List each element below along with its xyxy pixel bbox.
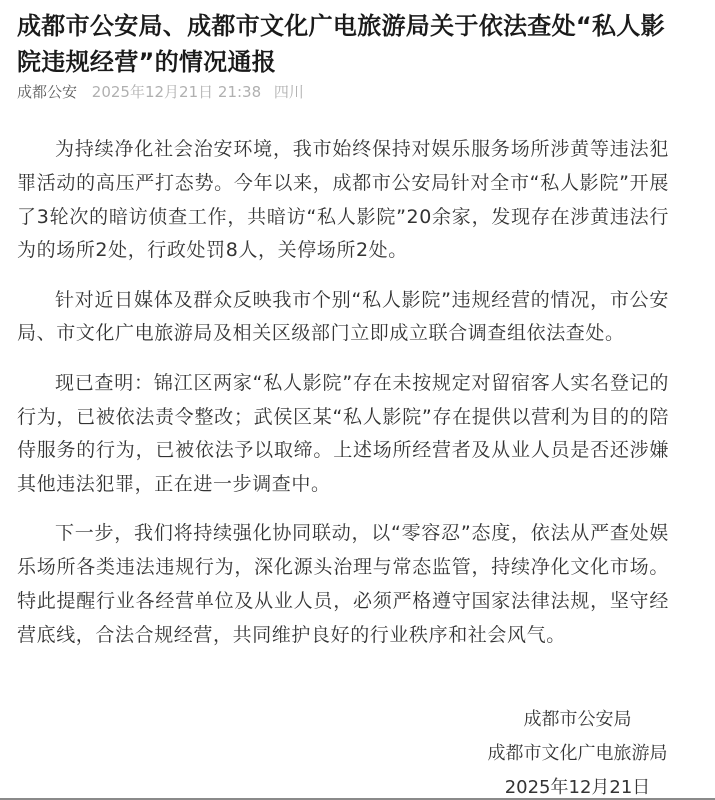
article-meta: 成都公安 2025年12月21日 21:38 四川 bbox=[17, 82, 304, 102]
article-body: 为持续净化社会治安环境，我市始终保持对娱乐服务场所涉黄等违法犯罪活动的高压严打态… bbox=[17, 133, 669, 668]
article-title: 成都市公安局、成都市文化广电旅游局关于依法查处“私人影院违规经营”的情况通报 bbox=[17, 8, 667, 80]
signature-org-police: 成都市公安局 bbox=[470, 703, 685, 737]
signature-date: 2025年12月21日 bbox=[470, 771, 685, 800]
paragraph-4: 下一步，我们将持续强化协同联动，以“零容忍”态度，依法从严查处娱乐场所各类违法违… bbox=[17, 517, 669, 652]
source-account-link[interactable]: 成都公安 bbox=[17, 83, 77, 101]
paragraph-2: 针对近日媒体及群众反映我市个别“私人影院”违规经营的情况，市公安局、市文化广电旅… bbox=[17, 284, 669, 352]
article: 成都市公安局、成都市文化广电旅游局关于依法查处“私人影院违规经营”的情况通报 成… bbox=[0, 0, 715, 800]
publish-datetime: 2025年12月21日 21:38 bbox=[92, 83, 261, 101]
publish-location: 四川 bbox=[274, 83, 304, 101]
paragraph-3: 现已查明：锦江区两家“私人影院”存在未按规定对留宿客人实名登记的行为，已被依法责… bbox=[17, 367, 669, 502]
paragraph-1: 为持续净化社会治安环境，我市始终保持对娱乐服务场所涉黄等违法犯罪活动的高压严打态… bbox=[17, 133, 669, 268]
signature-org-culture-tourism: 成都市文化广电旅游局 bbox=[470, 737, 685, 771]
signature-block: 成都市公安局 成都市文化广电旅游局 2025年12月21日 bbox=[470, 703, 685, 800]
